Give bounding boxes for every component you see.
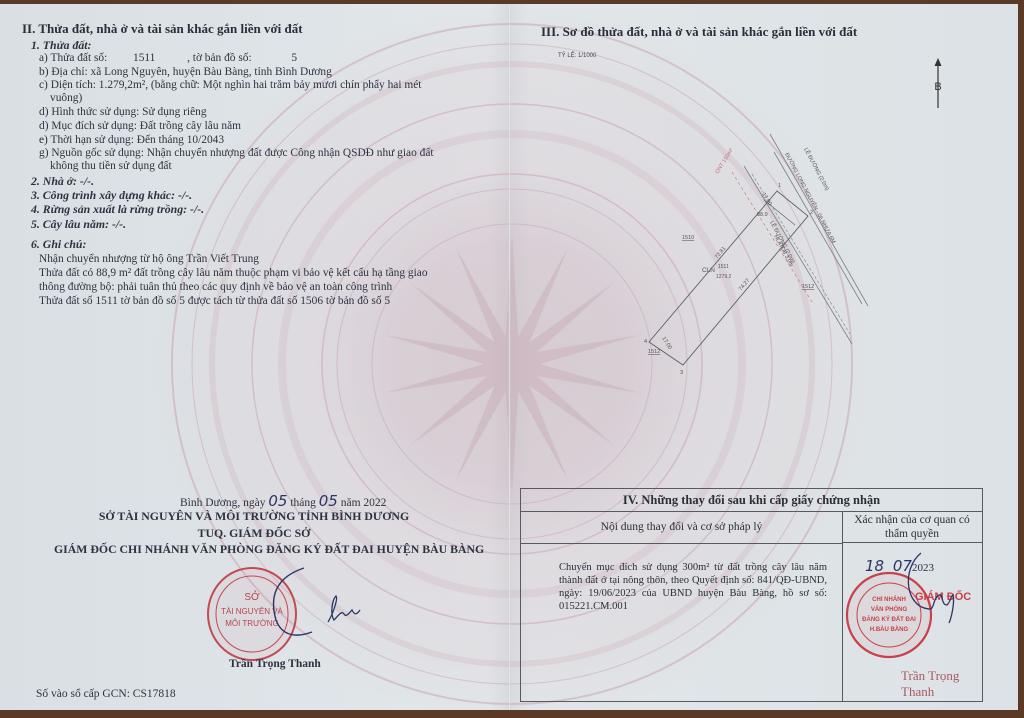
- column-header-confirmation: Xác nhận của cơ quan có thẩm quyền: [842, 511, 982, 543]
- svg-text:17.00: 17.00: [760, 192, 772, 207]
- area-line-1: c) Diện tích: 1.279,2m², (bằng chữ: Một …: [39, 79, 421, 92]
- notes-heading: 6. Ghi chú:: [31, 238, 86, 251]
- production-forest-item: 4. Rừng sản xuất là rừng trồng: -/-.: [31, 203, 204, 216]
- perennial-trees-item: 5. Cây lâu năm: -/-.: [31, 218, 126, 231]
- official-stamp: SỞ TÀI NGUYÊN VÀ MÔI TRƯỜNG: [200, 562, 316, 666]
- svg-text:17.00: 17.00: [660, 336, 672, 351]
- signer-name: Trần Trọng Thanh: [229, 658, 321, 671]
- origin-line-1: g) Nguồn gốc sử dụng: Nhận chuyển nhượng…: [39, 147, 434, 160]
- right-page: III. Sơ đồ thửa đất, nhà ở và tài sản kh…: [512, 4, 1018, 710]
- plot-number-row: a) Thửa đất số: 1511 , tờ bản đồ số: 5: [39, 52, 297, 65]
- note-line: Nhận chuyển nhượng từ hộ ông Trần Viết T…: [39, 253, 259, 266]
- svg-text:1279.2: 1279.2: [716, 274, 732, 280]
- column-header-content: Nội dung thay đổi và cơ sở pháp lý: [521, 511, 843, 544]
- issue-date: Bình Dương, ngày 05 tháng 05 năm 2022: [180, 495, 386, 510]
- svg-text:88.9: 88.9: [757, 212, 768, 218]
- issue-month: 05: [319, 492, 338, 510]
- plot-diagram: ĐƯỜNG LONG NGUYÊN - 06 NHỰA 6M LỀ ĐƯỜNG …: [512, 4, 1018, 424]
- issue-day: 05: [268, 492, 287, 510]
- left-page: II. Thửa đất, nhà ở và tài sản khác gắn …: [0, 4, 508, 710]
- usage-form: d) Hình thức sử dụng: Sử dụng riêng: [39, 106, 207, 119]
- signature: [324, 592, 364, 626]
- map-sheet-label: , tờ bản đồ số:: [187, 52, 252, 64]
- svg-text:1: 1: [778, 183, 781, 189]
- area-line-2: vuông): [50, 92, 82, 105]
- land-use-certificate: II. Thửa đất, nhà ở và tài sản khác gắn …: [0, 4, 1018, 710]
- land-plot-heading: 1. Thửa đất:: [31, 39, 91, 52]
- svg-text:4: 4: [644, 339, 647, 345]
- confirmation-signature: [891, 549, 971, 649]
- changes-title: IV. Những thay đổi sau khi cấp giấy chứn…: [521, 489, 982, 512]
- svg-text:1512: 1512: [648, 349, 660, 355]
- on-behalf: TUQ. GIÁM ĐỐC SỞ: [0, 527, 508, 540]
- changes-table: IV. Những thay đổi sau khi cấp giấy chứn…: [520, 488, 983, 702]
- svg-text:ONT 150m²: ONT 150m²: [715, 147, 735, 175]
- svg-text:2: 2: [810, 210, 813, 216]
- address: b) Địa chỉ: xã Long Nguyên, huyện Bàu Bà…: [39, 66, 332, 79]
- usage-purpose: d) Mục đích sử dụng: Đất trồng cây lâu n…: [39, 120, 241, 133]
- svg-text:3: 3: [680, 370, 683, 376]
- confirmation-signer-name: Trần Trọng Thanh: [901, 668, 982, 700]
- signer-position: GIÁM ĐỐC CHI NHÁNH VĂN PHÒNG ĐĂNG KÝ ĐẤT…: [54, 543, 484, 556]
- plot-number-label: a) Thửa đất số:: [39, 52, 107, 64]
- registry-number: Số vào sổ cấp GCN: CS17818: [36, 688, 176, 701]
- map-sheet-number: 5: [291, 52, 297, 64]
- section-ii-title: II. Thửa đất, nhà ở và tài sản khác gắn …: [22, 21, 303, 37]
- change-entry-content: Chuyển mục đích sử dụng 300m² từ đất trồ…: [559, 561, 827, 613]
- page-fold: [508, 4, 511, 710]
- svg-text:1510: 1510: [682, 235, 694, 241]
- house-item: 2. Nhà ở: -/-.: [31, 175, 94, 188]
- svg-text:1511: 1511: [718, 264, 729, 270]
- note-line: thông đường bộ: phải tuân thủ theo các q…: [39, 281, 392, 294]
- other-construction-item: 3. Công trình xây dựng khác: -/-.: [31, 189, 192, 202]
- note-line: Thửa đất có 88,9 m² đất trồng cây lâu nă…: [39, 267, 428, 280]
- svg-text:MÔI TRƯỜNG: MÔI TRƯỜNG: [225, 619, 279, 628]
- issuing-agency: SỞ TÀI NGUYÊN VÀ MÔI TRƯỜNG TỈNH BÌNH DƯ…: [0, 510, 508, 523]
- note-line: Thửa đất số 1511 tờ bản đồ số 5 được tác…: [39, 295, 390, 308]
- svg-text:SỞ: SỞ: [244, 590, 260, 603]
- origin-line-2: không thu tiền sử dụng đất: [50, 160, 172, 173]
- svg-text:74.27: 74.27: [738, 278, 751, 292]
- usage-term: e) Thời hạn sử dụng: Đến tháng 10/2043: [39, 134, 224, 147]
- plot-number: 1511: [133, 52, 155, 64]
- svg-text:1512: 1512: [802, 284, 814, 290]
- svg-text:CLN: CLN: [702, 267, 715, 274]
